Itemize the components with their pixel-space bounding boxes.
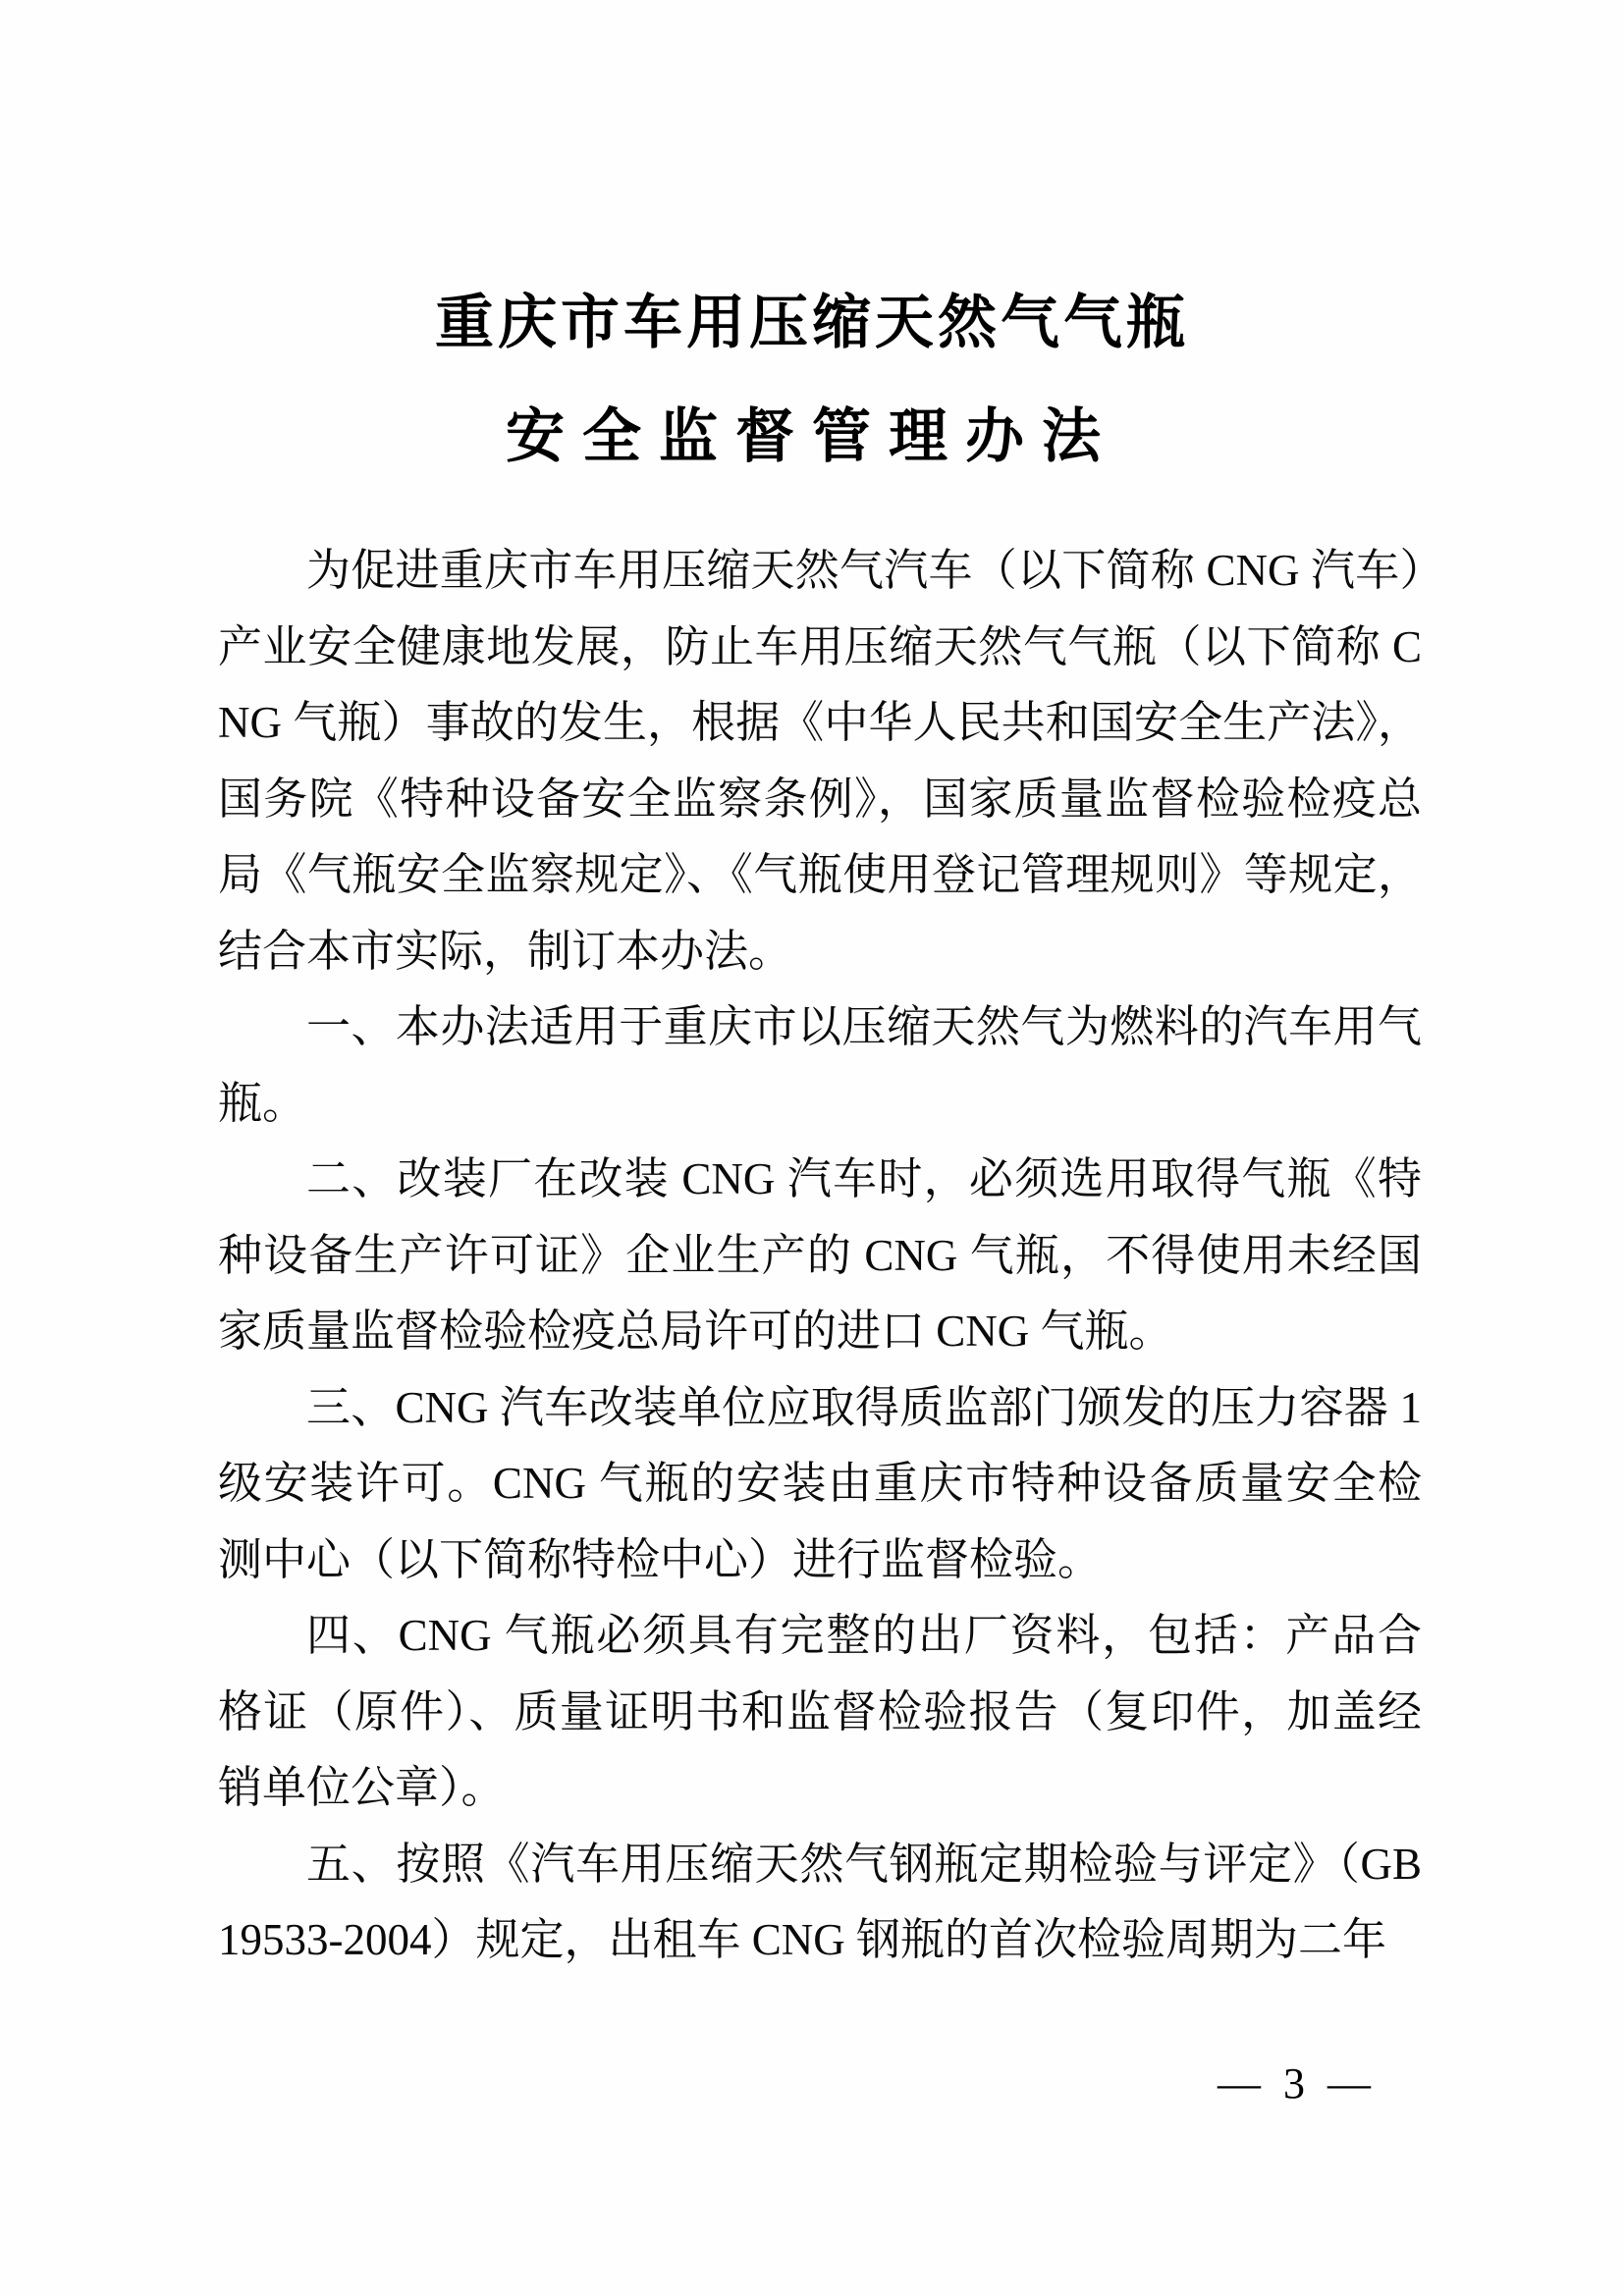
document-page: 重庆市车用压缩天然气气瓶 安全监督管理办法 为促进重庆市车用压缩天然气汽车（以下…: [0, 0, 1624, 2296]
doc-title-line2: 安全监督管理办法: [0, 401, 1624, 472]
doc-title-line1: 重庆市车用压缩天然气气瓶: [0, 288, 1624, 358]
paragraph-intro: 为促进重庆市车用压缩天然气汽车（以下简称 CNG 汽车）产业安全健康地发展，防止…: [218, 533, 1422, 989]
paragraph-item-4: 四、CNG 气瓶必须具有完整的出厂资料，包括：产品合格证（原件）、质量证明书和监…: [218, 1598, 1422, 1827]
doc-title: 重庆市车用压缩天然气气瓶 安全监督管理办法: [0, 288, 1624, 472]
page-number: — 3 —: [1218, 2059, 1377, 2109]
paragraph-item-5: 五、按照《汽车用压缩天然气钢瓶定期检验与评定》（GB19533-2004）规定，…: [218, 1827, 1422, 1979]
paragraph-item-1: 一、本办法适用于重庆市以压缩天然气为燃料的汽车用气瓶。: [218, 989, 1422, 1142]
doc-body: 为促进重庆市车用压缩天然气汽车（以下简称 CNG 汽车）产业安全健康地发展，防止…: [218, 533, 1422, 1979]
paragraph-item-2: 二、改装厂在改装 CNG 汽车时，必须选用取得气瓶《特种设备生产许可证》企业生产…: [218, 1142, 1422, 1370]
paragraph-item-3: 三、CNG 汽车改装单位应取得质监部门颁发的压力容器 1 级安装许可。CNG 气…: [218, 1370, 1422, 1599]
